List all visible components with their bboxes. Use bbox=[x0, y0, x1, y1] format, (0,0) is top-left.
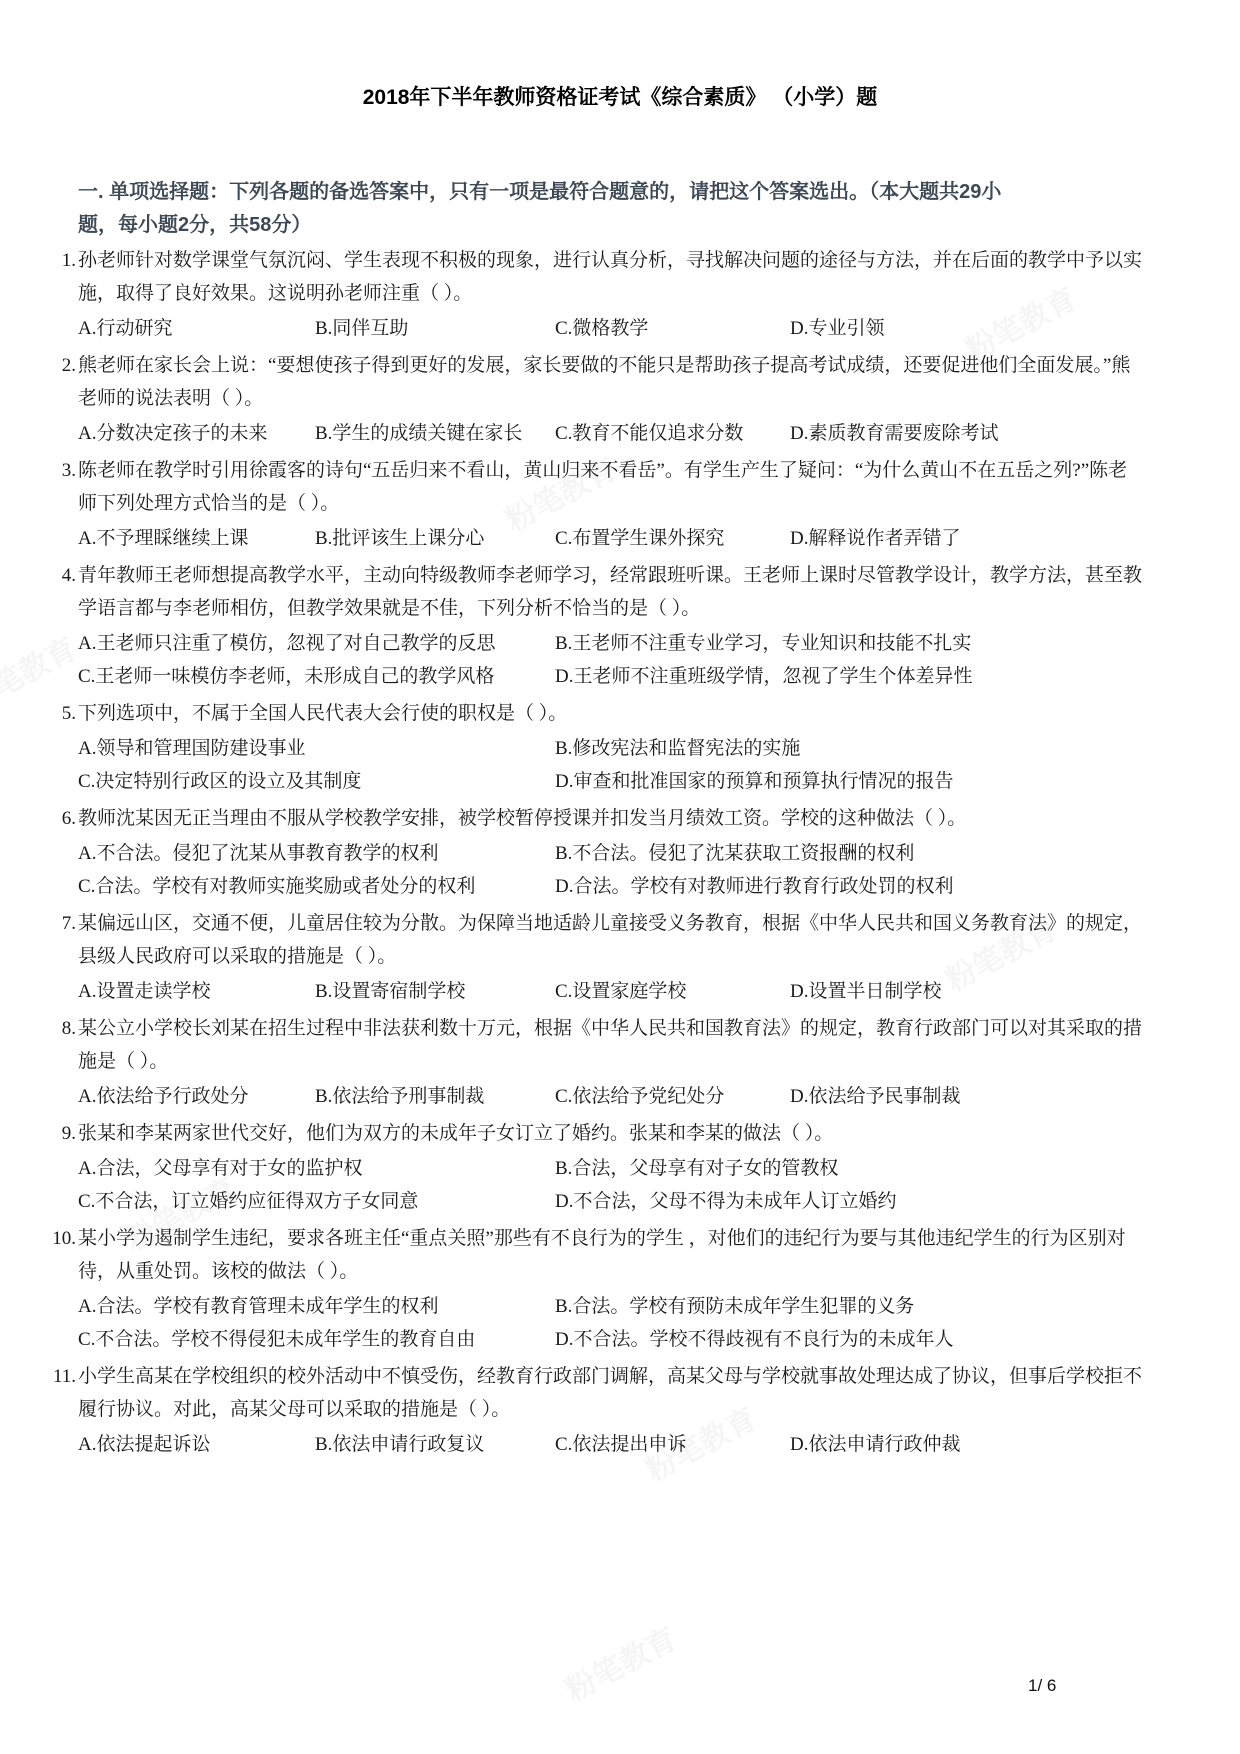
option-b: B.依法申请行政复议 bbox=[315, 1428, 555, 1461]
question-number: 7. bbox=[0, 907, 76, 940]
question-5: 5. 下列选项中，不属于全国人民代表大会行使的职权是（ ）。 A.领导和管理国防… bbox=[0, 697, 1240, 798]
question-number: 5. bbox=[0, 697, 76, 730]
question-options: A.领导和管理国防建设事业 B.修改宪法和监督宪法的实施 C.决定特别行政区的设… bbox=[78, 732, 1240, 798]
option-b: B.不合法。侵犯了沈某获取工资报酬的权利 bbox=[555, 837, 914, 870]
question-number: 3. bbox=[0, 454, 76, 487]
question-number: 10. bbox=[0, 1222, 76, 1255]
question-stem: 教师沈某因无正当理由不服从学校教学安排，被学校暂停授课并扣发当月绩效工资。学校的… bbox=[78, 802, 1144, 835]
question-options: A.行动研究 B.同伴互助 C.微格教学 D.专业引领 bbox=[78, 312, 1240, 345]
option-a: A.分数决定孩子的未来 bbox=[78, 417, 315, 450]
question-options: A.合法。学校有教育管理未成年学生的权利 B.合法。学校有预防未成年学生犯罪的义… bbox=[78, 1290, 1240, 1356]
option-d: D.不合法。学校不得歧视有不良行为的未成年人 bbox=[555, 1323, 953, 1356]
option-c: C.合法。学校有对教师实施奖励或者处分的权利 bbox=[78, 870, 555, 903]
option-d: D.不合法，父母不得为未成年人订立婚约 bbox=[555, 1185, 896, 1218]
question-number: 1. bbox=[0, 244, 76, 277]
option-c: C.王老师一味模仿李老师，未形成自己的教学风格 bbox=[78, 660, 555, 693]
option-d: D.专业引领 bbox=[790, 312, 884, 345]
question-stem: 孙老师针对数学课堂气氛沉闷、学生表现不积极的现象，进行认真分析，寻找解决问题的途… bbox=[78, 244, 1144, 310]
option-b: B.合法，父母享有对子女的管教权 bbox=[555, 1152, 838, 1185]
question-options: A.合法，父母享有对于女的监护权 B.合法，父母享有对子女的管教权 C.不合法，… bbox=[78, 1152, 1240, 1218]
question-number: 2. bbox=[0, 349, 76, 382]
option-a: A.合法，父母享有对于女的监护权 bbox=[78, 1152, 555, 1185]
question-list: 1. 孙老师针对数学课堂气氛沉闷、学生表现不积极的现象，进行认真分析，寻找解决问… bbox=[0, 244, 1240, 1461]
question-options: A.分数决定孩子的未来 B.学生的成绩关键在家长 C.教育不能仅追求分数 D.素… bbox=[78, 417, 1240, 450]
option-b: B.依法给予刑事制裁 bbox=[315, 1080, 555, 1113]
question-stem: 某公立小学校长刘某在招生过程中非法获利数十万元，根据《中华人民共和国教育法》的规… bbox=[78, 1012, 1144, 1078]
question-options: A.设置走读学校 B.设置寄宿制学校 C.设置家庭学校 D.设置半日制学校 bbox=[78, 975, 1240, 1008]
question-3: 3. 陈老师在教学时引用徐霞客的诗句“五岳归来不看山，黄山归来不看岳”。有学生产… bbox=[0, 454, 1240, 555]
option-b: B.同伴互助 bbox=[315, 312, 555, 345]
exam-paper-page: 粉笔教育 粉笔教育 粉笔教育 粉笔教育 粉笔教育 粉笔教育 粉笔教育 2018年… bbox=[0, 0, 1240, 1754]
question-9: 9. 张某和李某两家世代交好，他们为双方的未成年子女订立了婚约。张某和李某的做法… bbox=[0, 1117, 1240, 1218]
question-11: 11. 小学生高某在学校组织的校外活动中不慎受伤，经教育行政部门调解，高某父母与… bbox=[0, 1360, 1240, 1461]
option-c: C.布置学生课外探究 bbox=[555, 522, 790, 555]
question-number: 9. bbox=[0, 1117, 76, 1150]
section-heading: 一. 单项选择题：下列各题的备选答案中，只有一项是最符合题意的，请把这个答案选出… bbox=[78, 176, 1036, 242]
option-d: D.合法。学校有对教师进行教育行政处罚的权利 bbox=[555, 870, 953, 903]
question-8: 8. 某公立小学校长刘某在招生过程中非法获利数十万元，根据《中华人民共和国教育法… bbox=[0, 1012, 1240, 1113]
option-a: A.领导和管理国防建设事业 bbox=[78, 732, 555, 765]
watermark: 粉笔教育 bbox=[557, 1614, 684, 1709]
question-stem: 某小学为遏制学生违纪，要求各班主任“重点关照”那些有不良行为的学生 ，对他们的违… bbox=[78, 1222, 1144, 1288]
option-b: B.批评该生上课分心 bbox=[315, 522, 555, 555]
option-a: A.行动研究 bbox=[78, 312, 315, 345]
question-number: 11. bbox=[0, 1360, 76, 1393]
option-d: D.解释说作者弄错了 bbox=[790, 522, 960, 555]
question-stem: 青年教师王老师想提高教学水平，主动向特级教师李老师学习，经常跟班听课。王老师上课… bbox=[78, 559, 1144, 625]
question-stem: 陈老师在教学时引用徐霞客的诗句“五岳归来不看山，黄山归来不看岳”。有学生产生了疑… bbox=[78, 454, 1144, 520]
option-c: C.依法给予党纪处分 bbox=[555, 1080, 790, 1113]
question-2: 2. 熊老师在家长会上说：“要想使孩子得到更好的发展，家长要做的不能只是帮助孩子… bbox=[0, 349, 1240, 450]
option-d: D.依法申请行政仲裁 bbox=[790, 1428, 960, 1461]
option-c: C.设置家庭学校 bbox=[555, 975, 790, 1008]
question-number: 4. bbox=[0, 559, 76, 592]
question-stem: 张某和李某两家世代交好，他们为双方的未成年子女订立了婚约。张某和李某的做法（ ）… bbox=[78, 1117, 1144, 1150]
option-d: D.王老师不注重班级学情，忽视了学生个体差异性 bbox=[555, 660, 972, 693]
option-c: C.微格教学 bbox=[555, 312, 790, 345]
question-4: 4. 青年教师王老师想提高教学水平，主动向特级教师李老师学习，经常跟班听课。王老… bbox=[0, 559, 1240, 693]
option-b: B.合法。学校有预防未成年学生犯罪的义务 bbox=[555, 1290, 914, 1323]
option-d: D.设置半日制学校 bbox=[790, 975, 941, 1008]
question-6: 6. 教师沈某因无正当理由不服从学校教学安排，被学校暂停授课并扣发当月绩效工资。… bbox=[0, 802, 1240, 903]
question-options: A.依法给予行政处分 B.依法给予刑事制裁 C.依法给予党纪处分 D.依法给予民… bbox=[78, 1080, 1240, 1113]
question-options: A.王老师只注重了模仿，忽视了对自己教学的反思 B.王老师不注重专业学习，专业知… bbox=[78, 627, 1240, 693]
option-d: D.依法给予民事制裁 bbox=[790, 1080, 960, 1113]
question-options: A.不合法。侵犯了沈某从事教育教学的权利 B.不合法。侵犯了沈某获取工资报酬的权… bbox=[78, 837, 1240, 903]
question-7: 7. 某偏远山区，交通不便，儿童居住较为分散。为保障当地适龄儿童接受义务教育，根… bbox=[0, 907, 1240, 1008]
option-c: C.不合法，订立婚约应征得双方子女同意 bbox=[78, 1185, 555, 1218]
option-a: A.不合法。侵犯了沈某从事教育教学的权利 bbox=[78, 837, 555, 870]
option-a: A.不予理睬继续上课 bbox=[78, 522, 315, 555]
option-d: D.素质教育需要废除考试 bbox=[790, 417, 998, 450]
option-d: D.审查和批准国家的预算和预算执行情况的报告 bbox=[555, 765, 953, 798]
option-a: A.设置走读学校 bbox=[78, 975, 315, 1008]
question-stem: 某偏远山区，交通不便，儿童居住较为分散。为保障当地适龄儿童接受义务教育，根据《中… bbox=[78, 907, 1144, 973]
option-b: B.王老师不注重专业学习，专业知识和技能不扎实 bbox=[555, 627, 971, 660]
option-b: B.设置寄宿制学校 bbox=[315, 975, 555, 1008]
option-c: C.不合法。学校不得侵犯未成年学生的教育自由 bbox=[78, 1323, 555, 1356]
question-options: A.不予理睬继续上课 B.批评该生上课分心 C.布置学生课外探究 D.解释说作者… bbox=[78, 522, 1240, 555]
question-stem: 小学生高某在学校组织的校外活动中不慎受伤，经教育行政部门调解，高某父母与学校就事… bbox=[78, 1360, 1144, 1426]
option-b: B.修改宪法和监督宪法的实施 bbox=[555, 732, 800, 765]
question-number: 6. bbox=[0, 802, 76, 835]
question-stem: 熊老师在家长会上说：“要想使孩子得到更好的发展，家长要做的不能只是帮助孩子提高考… bbox=[78, 349, 1144, 415]
option-a: A.合法。学校有教育管理未成年学生的权利 bbox=[78, 1290, 555, 1323]
option-c: C.教育不能仅追求分数 bbox=[555, 417, 790, 450]
option-c: C.决定特别行政区的设立及其制度 bbox=[78, 765, 555, 798]
question-10: 10. 某小学为遏制学生违纪，要求各班主任“重点关照”那些有不良行为的学生 ，对… bbox=[0, 1222, 1240, 1356]
question-options: A.依法提起诉讼 B.依法申请行政复议 C.依法提出申诉 D.依法申请行政仲裁 bbox=[78, 1428, 1240, 1461]
question-stem: 下列选项中，不属于全国人民代表大会行使的职权是（ ）。 bbox=[78, 697, 1144, 730]
option-a: A.依法提起诉讼 bbox=[78, 1428, 315, 1461]
page-number: 1/ 6 bbox=[1028, 1676, 1056, 1696]
question-1: 1. 孙老师针对数学课堂气氛沉闷、学生表现不积极的现象，进行认真分析，寻找解决问… bbox=[0, 244, 1240, 345]
option-c: C.依法提出申诉 bbox=[555, 1428, 790, 1461]
option-a: A.依法给予行政处分 bbox=[78, 1080, 315, 1113]
question-number: 8. bbox=[0, 1012, 76, 1045]
page-title: 2018年下半年教师资格证考试《综合素质》 （小学）题 bbox=[0, 0, 1240, 112]
option-a: A.王老师只注重了模仿，忽视了对自己教学的反思 bbox=[78, 627, 555, 660]
option-b: B.学生的成绩关键在家长 bbox=[315, 417, 555, 450]
